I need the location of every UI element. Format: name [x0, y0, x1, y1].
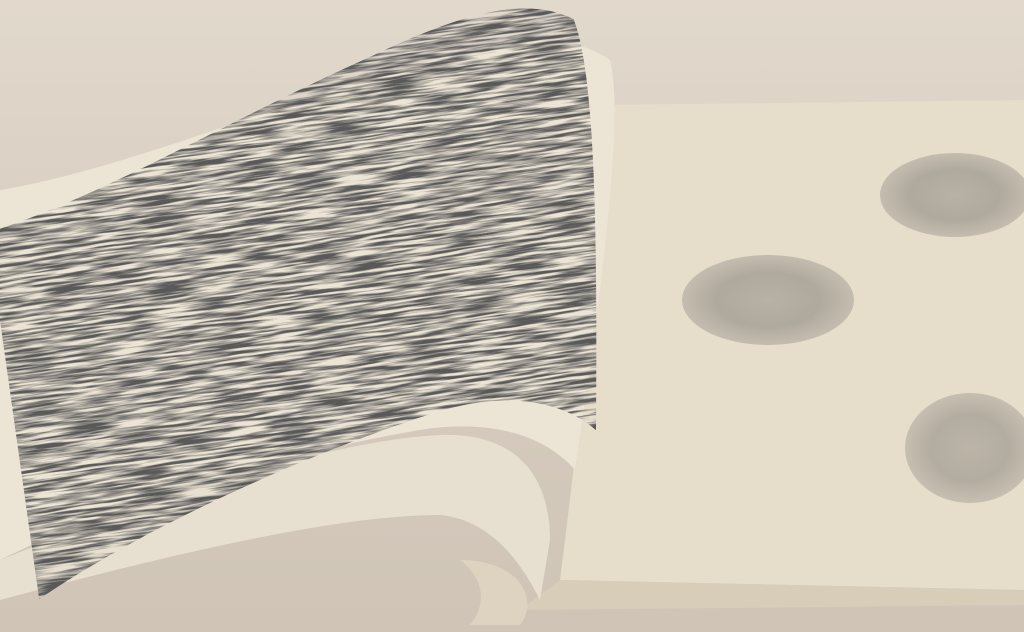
photo-scene: [0, 0, 1024, 632]
book-illustration: [0, 0, 1024, 632]
ring-rubbing-top: [880, 153, 1024, 237]
ring-rubbing-middle: [682, 255, 854, 345]
